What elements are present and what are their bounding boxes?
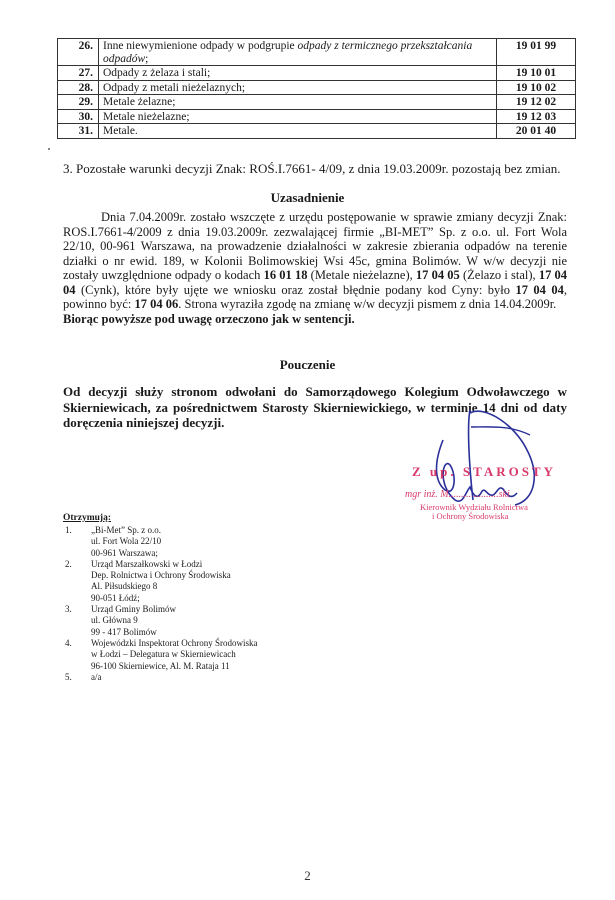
row-number: 26. bbox=[58, 39, 99, 66]
recipient-number: 2. bbox=[63, 559, 91, 604]
table-row: 28.Odpady z metali nieżelaznych;19 10 02 bbox=[58, 80, 576, 95]
heading-uzasadnienie: Uzasadnienie bbox=[0, 190, 615, 206]
waste-code: 19 10 01 bbox=[497, 66, 576, 81]
waste-code: 20 01 40 bbox=[497, 124, 576, 139]
row-description: Metale żelazne; bbox=[99, 95, 497, 110]
table-row: 29.Metale żelazne;19 12 02 bbox=[58, 95, 576, 110]
recipient-line: 00-961 Warszawa; bbox=[91, 548, 161, 559]
table-row: 31.Metale.20 01 40 bbox=[58, 124, 576, 139]
recipient-number: 1. bbox=[63, 525, 91, 559]
scan-mark bbox=[48, 148, 50, 150]
recipients-title: Otrzymują: bbox=[63, 513, 111, 523]
recipient-number: 3. bbox=[63, 604, 91, 638]
recipient-line: Dep. Rolnictwa i Ochrony Środowiska bbox=[91, 570, 231, 581]
recipient-item: 5.a/a bbox=[63, 672, 258, 683]
waste-code: 19 12 02 bbox=[497, 95, 576, 110]
row-number: 30. bbox=[58, 109, 99, 124]
recipient-line: ul. Fort Wola 22/10 bbox=[91, 536, 161, 547]
recipient-item: 1.„Bi-Met” Sp. z o.o.ul. Fort Wola 22/10… bbox=[63, 525, 258, 559]
conclusion: Biorąc powyższe pod uwagę orzeczono jak … bbox=[63, 312, 567, 327]
point-3: 3. Pozostałe warunki decyzji Znak: ROŚ.I… bbox=[63, 161, 561, 177]
recipient-item: 4.Wojewódzki Inspektorat Ochrony Środowi… bbox=[63, 638, 258, 672]
row-description: Metale nieżelazne; bbox=[99, 109, 497, 124]
recipient-line: Urząd Marszałkowski w Łodzi bbox=[91, 559, 231, 570]
recipient-line: Wojewódzki Inspektorat Ochrony Środowisk… bbox=[91, 638, 258, 649]
table-row: 26.Inne niewymienione odpady w podgrupie… bbox=[58, 39, 576, 66]
recipient-number: 4. bbox=[63, 638, 91, 672]
recipient-number: 5. bbox=[63, 672, 91, 683]
table-row: 30.Metale nieżelazne;19 12 03 bbox=[58, 109, 576, 124]
row-number: 29. bbox=[58, 95, 99, 110]
recipient-line: 96-100 Skierniewice, Al. M. Rataja 11 bbox=[91, 661, 258, 672]
recipient-item: 2.Urząd Marszałkowski w ŁodziDep. Rolnic… bbox=[63, 559, 258, 604]
recipient-line: „Bi-Met” Sp. z o.o. bbox=[91, 525, 161, 536]
waste-code: 19 01 99 bbox=[497, 39, 576, 66]
recipient-line: 90-051 Łódź; bbox=[91, 593, 231, 604]
row-number: 27. bbox=[58, 66, 99, 81]
row-number: 28. bbox=[58, 80, 99, 95]
justification-paragraph: Dnia 7.04.2009r. zostało wszczęte z urzę… bbox=[63, 210, 567, 312]
table-row: 27.Odpady z żelaza i stali;19 10 01 bbox=[58, 66, 576, 81]
recipient-line: w Łodzi – Delegatura w Skierniewicach bbox=[91, 649, 258, 660]
stamp-role-2: i Ochrony Środowiska bbox=[432, 511, 509, 521]
stamp-title: Z up. STAROSTY bbox=[412, 464, 556, 480]
recipient-line: ul. Główna 9 bbox=[91, 615, 176, 626]
recipient-line: a/a bbox=[91, 672, 102, 683]
heading-pouczenie: Pouczenie bbox=[0, 357, 615, 373]
page-number: 2 bbox=[0, 868, 615, 884]
row-description: Inne niewymienione odpady w podgrupie od… bbox=[99, 39, 497, 66]
row-description: Odpady z metali nieżelaznych; bbox=[99, 80, 497, 95]
recipient-line: 99 - 417 Bolimów bbox=[91, 627, 176, 638]
recipients-list: 1.„Bi-Met” Sp. z o.o.ul. Fort Wola 22/10… bbox=[63, 525, 258, 683]
stamp-name: mgr inż. M......... ..........ski bbox=[405, 489, 510, 500]
waste-code: 19 10 02 bbox=[497, 80, 576, 95]
row-number: 31. bbox=[58, 124, 99, 139]
waste-codes-table: 26.Inne niewymienione odpady w podgrupie… bbox=[57, 38, 576, 139]
waste-code: 19 12 03 bbox=[497, 109, 576, 124]
row-description: Odpady z żelaza i stali; bbox=[99, 66, 497, 81]
recipient-line: Urząd Gminy Bolimów bbox=[91, 604, 176, 615]
recipient-line: Al. Piłsudskiego 8 bbox=[91, 581, 231, 592]
row-description: Metale. bbox=[99, 124, 497, 139]
recipient-item: 3.Urząd Gminy Bolimówul. Główna 999 - 41… bbox=[63, 604, 258, 638]
